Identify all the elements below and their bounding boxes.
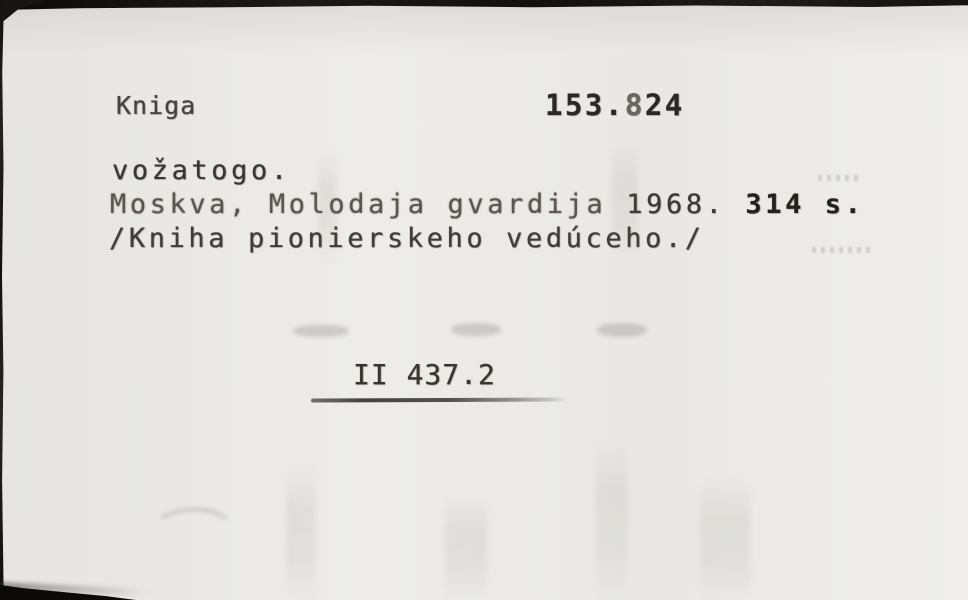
imprint-year: 1968. [626,189,745,220]
call-number-part-3: 24 [645,88,685,122]
ghost-dots-mid-right [812,247,874,253]
card-left-edge-shadow [0,0,5,600]
call-number: 153.824 [545,88,685,122]
imprint-pages: 314 s. [745,189,864,220]
scanned-catalog-card-page: Kniga 153.824 vožatogo. Moskva, Molodaja… [0,0,968,600]
catalog-card: Kniga 153.824 vožatogo. Moskva, Molodaja… [0,0,968,600]
ghost-smudge-2 [451,323,501,336]
ghost-smudge-3 [597,323,647,337]
ghost-streak-4 [700,478,750,600]
call-number-part-2: 8 [625,88,645,122]
shelf-mark: II 437.2 [353,358,496,391]
ghost-dots-upper-right [818,175,860,181]
translation-note-line: /Kniha pionierskeho vedúceho./ [109,223,705,254]
imprint-line: Moskva, Molodaja gvardija 1968. 314 s. [110,189,865,220]
shelf-mark-underline [311,397,568,402]
ghost-streak-3 [596,435,628,600]
title-word: Kniga [116,91,196,120]
ghost-streak-1 [286,465,316,600]
ghost-streak-2 [445,495,487,600]
call-number-part-1: 153. [545,88,625,122]
card-top-edge-shadow [0,0,968,10]
ghost-arc-bottom-left [152,508,236,554]
imprint-place-publisher: Moskva, Molodaja gvardija [110,189,626,220]
ghost-smudge-1 [293,325,349,337]
title-continuation-line: vožatogo. [112,155,291,186]
